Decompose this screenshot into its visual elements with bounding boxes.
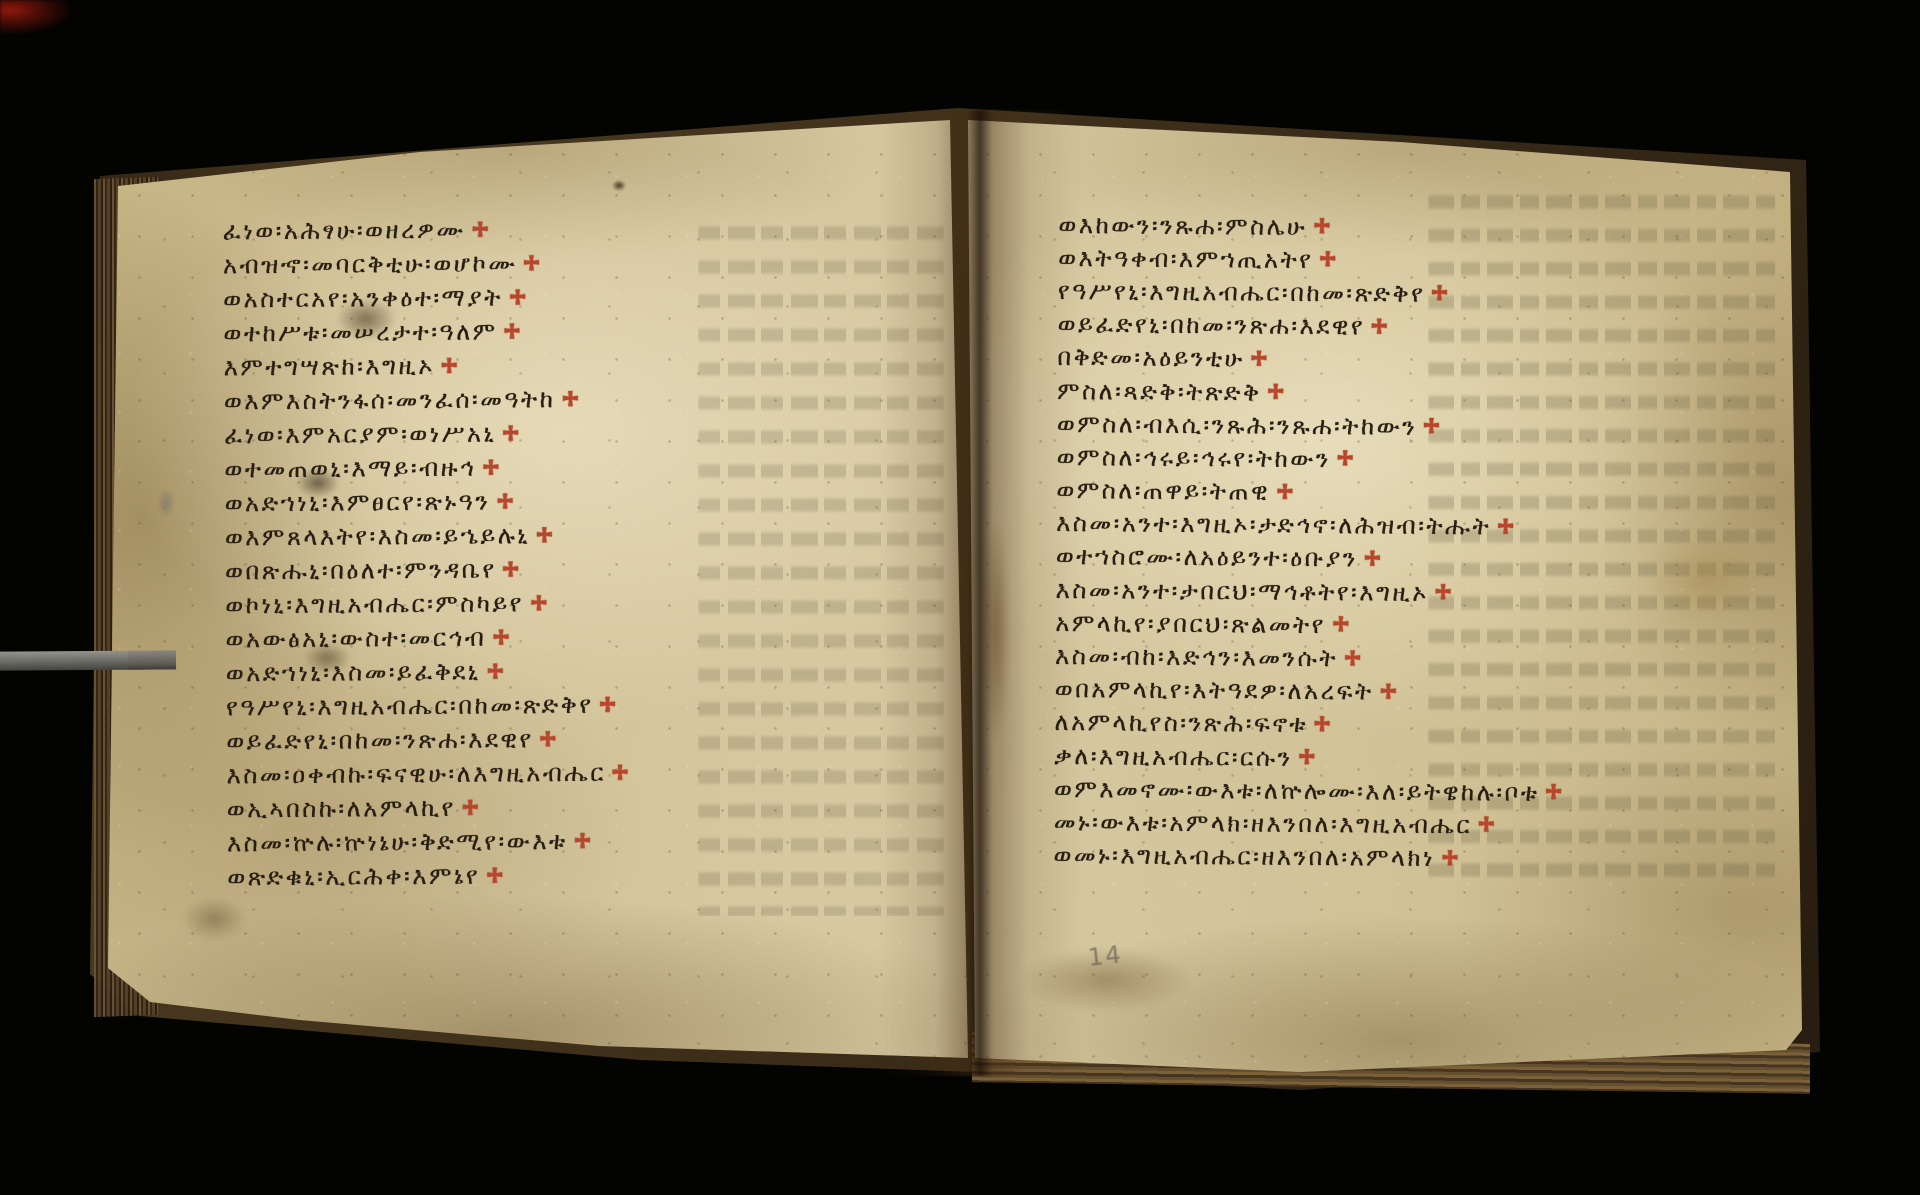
text-line: ፈነወ፡አሕፃሁ፡ወዘረዎሙ [223,212,625,249]
red-cross-mark [487,867,502,884]
text-line: እስመ፡አንተ፡ታበርህ፡ማኅቶትየ፡እግዚኦ [1055,573,1563,610]
red-cross-mark [1268,384,1283,401]
geez-text: አምላኪየ፡ያበርህ፡ጽልመትየ [1055,609,1326,639]
geez-text: እስመ፡ዐቀብኩ፡ፍናዊሁ፡ለእግዚአብሔር [226,759,606,790]
red-cross-mark [541,731,556,748]
red-cross-mark [562,390,577,407]
geez-text: ምስለ፡ጻድቅ፡ትጽድቅ [1057,377,1262,407]
text-line: ወአድኀነኒ፡እስመ፡ይፈቅደኒ [226,654,628,691]
geez-text: ወእምጸላእትየ፡እስመ፡ይኄይሉኒ [225,521,530,551]
geez-text: እስመ፡አንተ፡ታበርህ፡ማኅቶትየ፡እግዚኦ [1056,576,1429,607]
red-cross-mark [1432,285,1447,302]
red-cross-mark [1314,218,1329,235]
red-cross-mark [493,629,508,646]
text-line: ምስለ፡ጻድቅ፡ትጽድቅ [1057,374,1565,411]
text-line: ወበአምላኪየ፡እትዓደዎ፡ለአረፍት [1055,673,1563,710]
manuscript-photo: ፈነወ፡አሕፃሁ፡ወዘረዎሙ አብዝኆ፡መባርቅቲሁ፡ወሆኮሙ ወአስተርአየ፡… [0,0,1920,1195]
text-line: የዓሥየኒ፡እግዚአብሔር፡በከመ፡ጽድቅየ [226,688,628,725]
text-line: መኑ፡ውእቱ፡አምላክ፡ዘእንበለ፡እግዚአብሔር [1054,805,1562,842]
geez-text: ወይፈድየኒ፡በከመ፡ንጽሐ፡እደዊየ [226,725,534,755]
geez-text: ወበአምላኪየ፡እትዓደዎ፡ለአረፍት [1055,675,1374,706]
red-cross-mark [575,832,590,849]
geez-text: የዓሥየኒ፡እግዚአብሔር፡በከመ፡ጽድቅየ [1058,277,1426,308]
red-cross-mark [1442,850,1457,867]
geez-text: ወጽድቁኒ፡ኢርሕቀ፡እምኔየ [227,862,480,892]
text-line: ቃለ፡እግዚአብሔር፡ርሱን [1054,739,1562,776]
red-cross-mark [537,527,552,544]
geez-text: ወይፈድየኒ፡በከመ፡ንጽሐ፡እደዊየ [1058,310,1366,340]
red-cross-mark [1252,350,1267,367]
geez-text: ፈነወ፡እምአርያም፡ወነሥአኒ [224,420,496,450]
geez-text: ፈነወ፡አሕፃሁ፡ወዘረዎሙ [223,216,466,246]
text-line: ወምእመኖሙ፡ውእቱ፡ለኵሎሙ፡እለ፡ይትዌከሉ፡ቦቱ [1054,772,1562,809]
geez-text: ወመኑ፡እግዚአብሔር፡ዘእንበለ፡አምላክነ [1053,841,1435,872]
geez-text: ወእትዓቀብ፡እምኀጢአትየ [1058,244,1313,274]
geez-text: ወኮነኒ፡እግዚአብሔር፡ምስካይየ [225,589,524,619]
text-line: ወአውፅአኒ፡ውስተ፡መርኅብ [225,620,627,657]
text-line: ወኮነኒ፡እግዚአብሔር፡ምስካይየ [225,586,627,623]
text-line: ወምስለ፡ኅሩይ፡ኅሩየ፡ትከውን [1057,440,1565,477]
red-cross-mark [497,493,512,510]
geez-text: ወምስለ፡ብእሲ፡ንጹሕ፡ንጹሐ፡ትከውን [1057,410,1418,441]
red-cross-mark [1424,418,1439,435]
geez-text: ወአድኀነኒ፡እምፀርየ፡ጽኑዓን [225,488,491,518]
text-line: ወእምእስትንፋሰ፡መንፈሰ፡መዓትከ [224,382,626,419]
text-line: ወአስተርአየ፡አንቀዕተ፡ማያት [223,280,625,317]
text-line: ወኢኣበስኩ፡ለአምላኪየ [227,790,629,827]
geez-text: ወተከሥቱ፡መሠረታተ፡ዓለም [223,317,497,347]
bookmark-strap [0,650,176,670]
red-cross-mark [483,459,498,476]
red-cross-mark [503,425,518,442]
red-cross-mark [600,696,615,713]
text-line: ወምስለ፡ብእሲ፡ንጹሕ፡ንጹሐ፡ትከውን [1057,407,1565,444]
text-line: እስመ፡ብከ፡እድኅን፡እመንሱት [1055,639,1563,676]
red-cross-mark [1277,483,1292,500]
text-line: ወተኀስሮሙ፡ለአዕይንተ፡ዕቡያን [1056,540,1564,577]
geez-text: ቃለ፡እግዚአብሔር፡ርሱን [1054,742,1292,772]
text-line: አብዝኆ፡መባርቅቲሁ፡ወሆኮሙ [223,246,625,283]
book-gutter-shadow [878,110,1082,1076]
red-cross-mark [1365,550,1380,567]
text-line: ወበጽሑኒ፡በዕለተ፡ምንዳቤየ [225,552,627,589]
text-line: ወመኑ፡እግዚአብሔር፡ዘእንበለ፡አምላክነ [1053,839,1561,876]
right-page-text: ወእከውን፡ንጹሐ፡ምስሌሁ ወእትዓቀብ፡እምኀጢአትየ የዓሥየኒ፡እግዚአ… [1053,208,1566,876]
red-cross-mark [1546,784,1561,801]
red-cross-mark [1479,817,1494,834]
geez-text: ወእከውን፡ንጹሐ፡ምስሌሁ [1058,211,1307,241]
red-cross-mark [510,289,525,306]
text-line: ወጽድቁኒ፡ኢርሕቀ፡እምኔየ [227,858,629,895]
red-cross-mark [1345,650,1360,667]
geez-text: እምተግሣጽከ፡እግዚኦ [224,352,435,381]
red-cross-mark [505,323,520,340]
geez-text: እስመ፡ኵሉ፡ኵነኔሁ፡ቅድሚየ፡ውእቱ [227,827,568,857]
geez-text: ወምእመኖሙ፡ውእቱ፡ለኵሎሙ፡እለ፡ይትዌከሉ፡ቦቱ [1054,775,1540,807]
geez-text: በቅድመ፡አዕይንቲሁ [1057,343,1245,372]
text-line: ወተመጠወኒ፡እማይ፡ብዙኅ [224,450,626,487]
red-cross-mark [1498,518,1513,535]
geez-text: የዓሥየኒ፡እግዚአብሔር፡በከመ፡ጽድቅየ [226,691,594,722]
left-page-text: ፈነወ፡አሕፃሁ፡ወዘረዎሙ አብዝኆ፡መባርቅቲሁ፡ወሆኮሙ ወአስተርአየ፡… [223,212,629,895]
red-cross-mark [1436,584,1451,601]
text-line: የዓሥየኒ፡እግዚአብሔር፡በከመ፡ጽድቅየ [1058,274,1566,311]
geez-text: ወበጽሑኒ፡በዕለተ፡ምንዳቤየ [225,556,497,586]
red-cross-mark [504,561,519,578]
text-line: ወይፈድየኒ፡በከመ፡ንጽሐ፡እደዊየ [1058,308,1566,345]
text-line: እስመ፡ኵሉ፡ኵነኔሁ፡ቅድሚየ፡ውእቱ [227,824,629,861]
geez-text: ወተመጠወኒ፡እማይ፡ብዙኅ [224,454,476,484]
red-cross-mark [531,595,546,612]
geez-text: ወምስለ፡ኅሩይ፡ኅሩየ፡ትከውን [1057,443,1331,473]
geez-text: ወኢኣበስኩ፡ለአምላኪየ [227,794,456,824]
red-cross-mark [1300,749,1315,766]
red-corner-smudge [0,0,70,34]
geez-text: ወአውፅአኒ፡ውስተ፡መርኅብ [226,624,487,654]
geez-text: ወምስለ፡ጠዋይ፡ትጠዊ [1056,476,1270,506]
red-cross-mark [1372,318,1387,335]
text-line: ወተከሥቱ፡መሠረታተ፡ዓለም [223,314,625,351]
text-line: ወአድኀነኒ፡እምፀርየ፡ጽኑዓን [225,484,627,521]
text-line: ወእምጸላእትየ፡እስመ፡ይኄይሉኒ [225,518,627,555]
red-cross-mark [488,663,503,680]
red-cross-mark [463,799,478,816]
text-line: ፈነወ፡እምአርያም፡ወነሥአኒ [224,416,626,453]
text-line: እስመ፡ዐቀብኩ፡ፍናዊሁ፡ለእግዚአብሔር [226,756,628,793]
geez-text: መኑ፡ውእቱ፡አምላክ፡ዘእንበለ፡እግዚአብሔር [1054,808,1472,839]
pencil-page-number: 14 [1087,940,1124,971]
red-cross-mark [524,255,539,272]
geez-text: እስመ፡ብከ፡እድኅን፡እመንሱት [1055,642,1338,672]
red-cross-mark [1320,251,1335,268]
text-line: አምላኪየ፡ያበርህ፡ጽልመትየ [1055,606,1563,643]
red-cross-mark [1381,683,1396,700]
red-cross-mark [442,357,457,374]
text-line: ወምስለ፡ጠዋይ፡ትጠዊ [1056,474,1564,511]
geez-text: ወአድኀነኒ፡እስመ፡ይፈቅደኒ [226,658,481,688]
red-cross-mark [613,764,628,781]
text-line: ወይፈድየኒ፡በከመ፡ንጽሐ፡እደዊየ [226,722,628,759]
red-cross-mark [1315,716,1330,733]
geez-text: ለአምላኪየስ፡ንጽሕ፡ፍኖቱ [1054,708,1308,738]
text-line: ወእትዓቀብ፡እምኀጢአትየ [1058,241,1566,278]
geez-text: ወተኀስሮሙ፡ለአዕይንተ፡ዕቡያን [1056,542,1358,572]
geez-text: እስመ፡አንተ፡እግዚኦ፡ታድኅኖ፡ለሕዝብ፡ትሑት [1056,509,1491,540]
red-cross-mark [472,221,487,238]
geez-text: ወአስተርአየ፡አንቀዕተ፡ማያት [223,283,503,313]
text-line: እስመ፡አንተ፡እግዚኦ፡ታድኅኖ፡ለሕዝብ፡ትሑት [1056,507,1564,544]
text-line: ወእከውን፡ንጹሐ፡ምስሌሁ [1058,208,1566,245]
geez-text: አብዝኆ፡መባርቅቲሁ፡ወሆኮሙ [223,249,518,279]
text-line: እምተግሣጽከ፡እግዚኦ [224,348,626,385]
red-cross-mark [1333,617,1348,634]
red-cross-mark [1338,451,1353,468]
geez-text: ወእምእስትንፋሰ፡መንፈሰ፡መዓትከ [224,385,556,415]
text-line: በቅድመ፡አዕይንቲሁ [1057,341,1565,378]
text-line: ለአምላኪየስ፡ንጽሕ፡ፍኖቱ [1054,706,1562,743]
